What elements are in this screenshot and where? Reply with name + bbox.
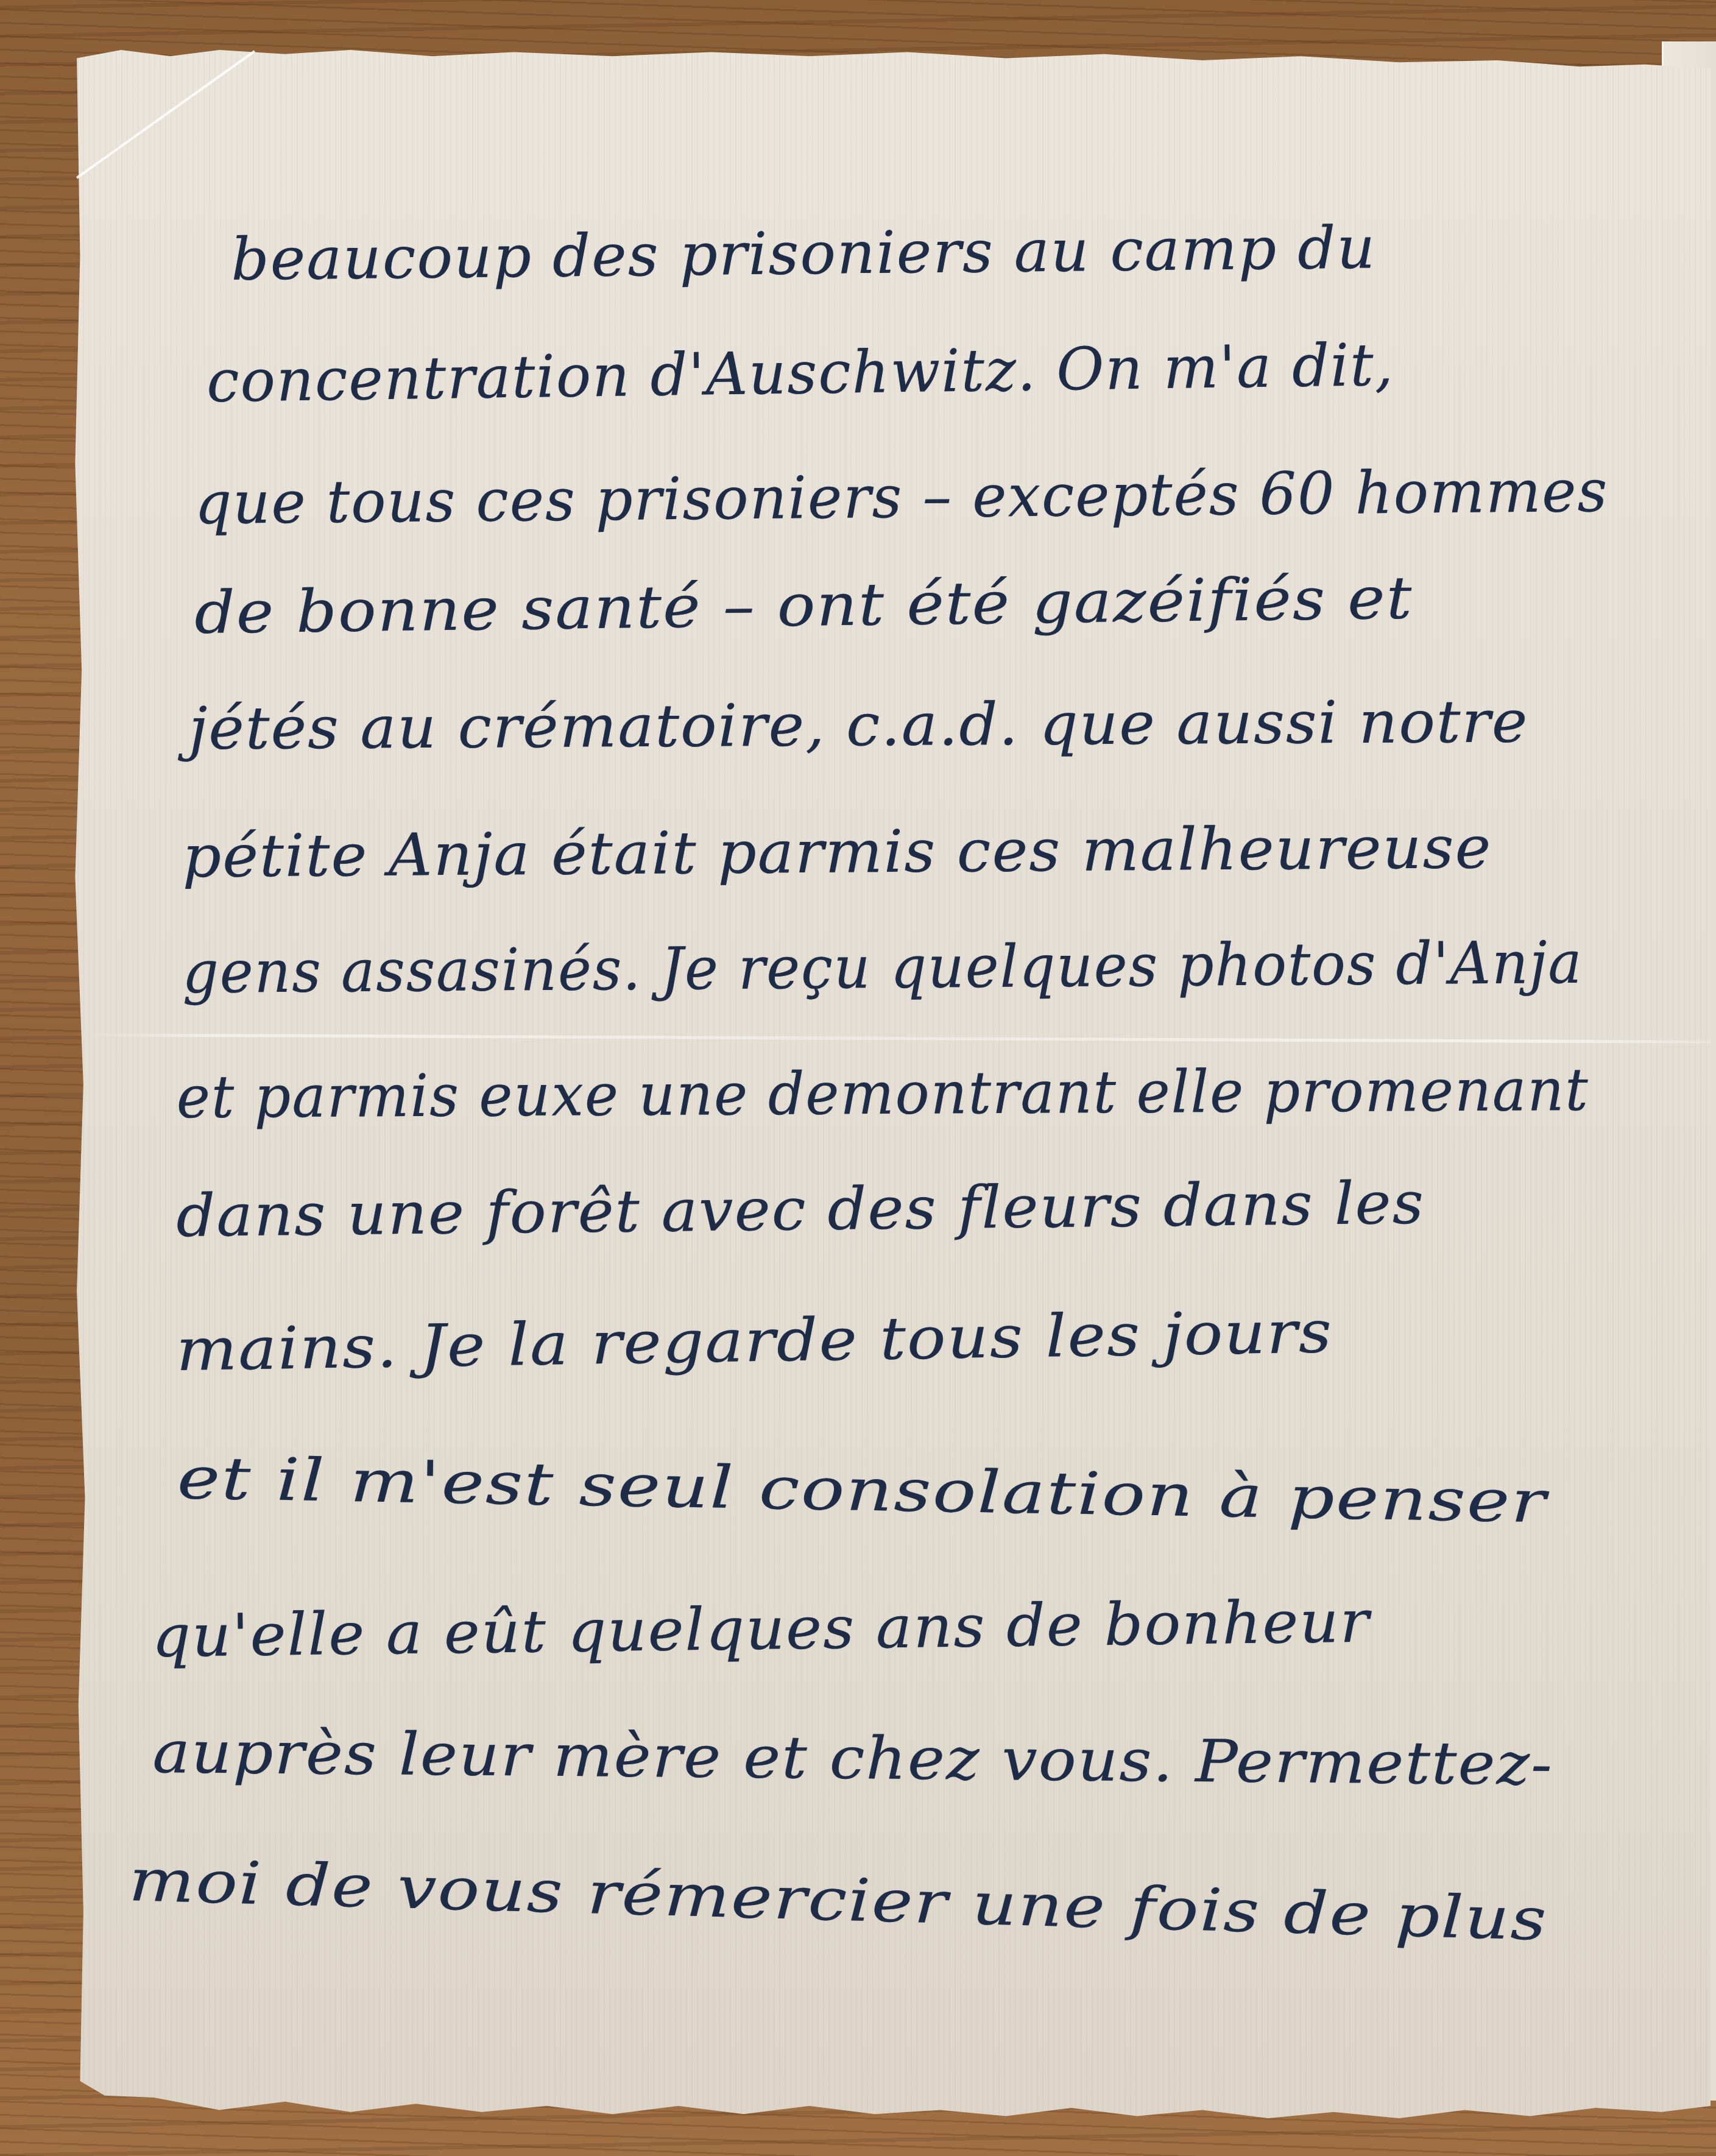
letter-line: moi de vous rémercier une fois de plus bbox=[128, 1846, 1548, 1954]
letter-line: qu'elle a eût quelques ans de bonheur bbox=[152, 1588, 1371, 1670]
letter-line: et il m'est seul consolation à penser bbox=[177, 1444, 1548, 1536]
letter-line: de bonne santé – ont été gazéifiés et bbox=[194, 564, 1414, 647]
letter-line: concentration d'Auschwitz. On m'a dit, bbox=[206, 331, 1394, 415]
letter-line: beaucoup des prisoniers au camp du bbox=[231, 213, 1377, 294]
letter-line: mains. Je la regarde tous les jours bbox=[175, 1298, 1333, 1384]
handwritten-text-block: beaucoup des prisoniers au camp duconcen… bbox=[0, 0, 1716, 2156]
letter-line: gens assasinés. Je reçu quelques photos … bbox=[182, 928, 1583, 1006]
letter-line: pétite Anja était parmis ces malheureuse bbox=[182, 813, 1492, 891]
letter-line: et parmis euxe une demontrant elle prome… bbox=[176, 1056, 1589, 1131]
letter-line: jétés au crématoire, c.a.d. que aussi no… bbox=[188, 687, 1528, 763]
letter-line: dans une forêt avec des fleurs dans les bbox=[176, 1169, 1425, 1250]
letter-line: auprès leur mère et chez vous. Permettez… bbox=[152, 1718, 1554, 1798]
letter-line: que tous ces prisoniers – exceptés 60 ho… bbox=[194, 457, 1609, 537]
